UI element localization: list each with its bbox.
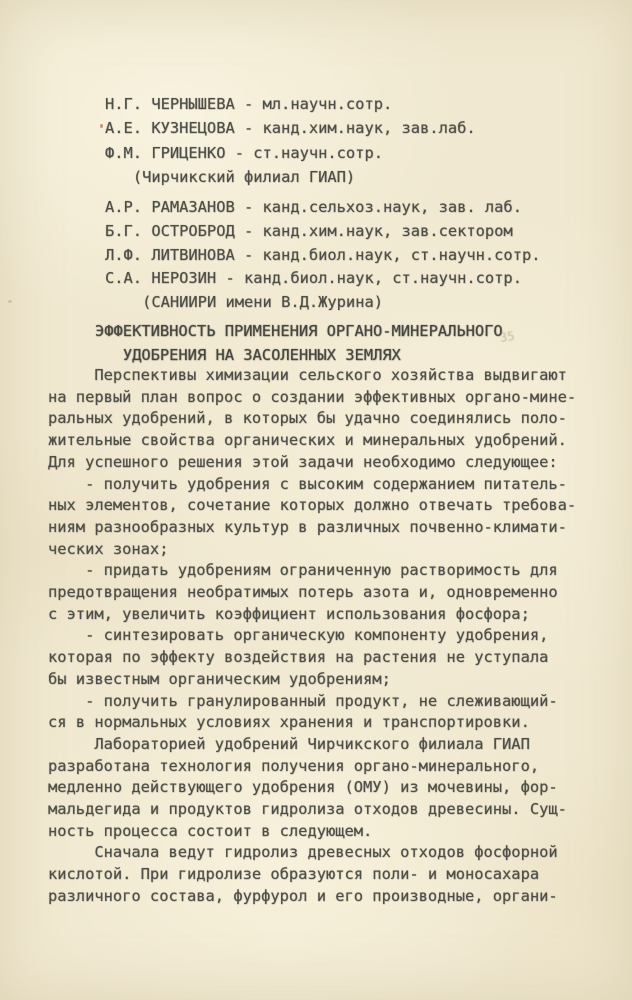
document-body-text: Перспективы химизации сельского хозяйств… xyxy=(48,365,593,908)
paper-speck xyxy=(8,300,12,303)
document-title: ЭФФЕКТИВНОСТЬ ПРИМЕНЕНИЯ ОРГАНО-МИНЕРАЛЬ… xyxy=(95,320,503,367)
paper-speck xyxy=(100,124,103,128)
pencil-page-number: 35 xyxy=(499,329,515,345)
authors-block-saniiri: А.Р. РАМАЗАНОВ - канд.сельхоз.наук, зав.… xyxy=(105,196,541,315)
document-page: Н.Г. ЧЕРНЫШЕВА - мл.научн.сотр. А.Е. КУЗ… xyxy=(0,0,632,1000)
authors-block-giap: Н.Г. ЧЕРНЫШЕВА - мл.научн.сотр. А.Е. КУЗ… xyxy=(105,92,476,189)
